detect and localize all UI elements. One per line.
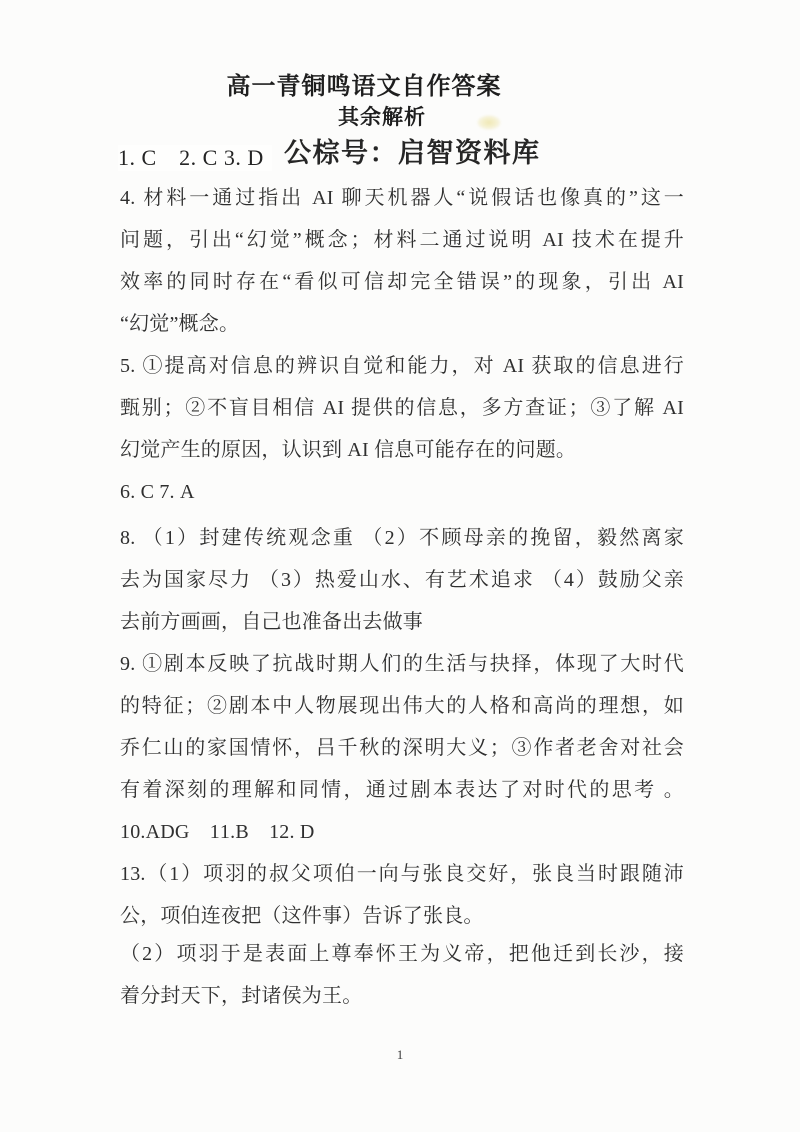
answer-line: 10.ADG 11.B 12. D — [120, 811, 684, 853]
answer-paragraph-q5: 5. ①提高对信息的辨识自觉和能力，对 AI 获取的信息进行甄别；②不盲目相信 … — [120, 345, 684, 471]
answer-line: 甄别；②不盲目相信 AI 提供的信息，多方查证；③了解 AI — [120, 387, 684, 429]
answer-paragraph-q9: 9. ①剧本反映了抗战时期人们的生活与抉择，体现了大时代的特征；②剧本中人物展现… — [120, 643, 684, 811]
answer-line: 6. C 7. A — [120, 471, 684, 513]
answer-line: 9. ①剧本反映了抗战时期人们的生活与抉择，体现了大时代 — [120, 643, 684, 685]
answer-paragraph-q4: 4. 材料一通过指出 AI 聊天机器人“说假话也像真的”这一问题，引出“幻觉”概… — [120, 177, 684, 345]
answer-line: 的特征；②剧本中人物展现出伟大的人格和高尚的理想，如 — [120, 685, 684, 727]
answers-body: 4. 材料一通过指出 AI 聊天机器人“说假话也像真的”这一问题，引出“幻觉”概… — [120, 177, 684, 1017]
page-number: 1 — [0, 1046, 800, 1064]
answer-paragraph-q6: 6. C 7. A — [120, 471, 684, 513]
watermark-text: 公棕号：启智资料库 — [284, 137, 541, 169]
answer-line: “幻觉”概念。 — [120, 303, 684, 345]
answer-line: （2）项羽于是表面上尊奉怀王为义帝，把他迁到长沙，接 — [120, 933, 684, 975]
answer-line: 5. ①提高对信息的辨识自觉和能力，对 AI 获取的信息进行 — [120, 345, 684, 387]
answer-paragraph-q10: 10.ADG 11.B 12. D — [120, 811, 684, 853]
answer-paragraph-q13: 13.（1）项羽的叔父项伯一向与张良交好，张良当时跟随沛公，项伯连夜把（这件事）… — [120, 853, 684, 937]
answer-line: 幻觉产生的原因，认识到 AI 信息可能存在的问题。 — [120, 429, 684, 471]
answer-line: 13.（1）项羽的叔父项伯一向与张良交好，张良当时跟随沛 — [120, 853, 684, 895]
answer-line: 乔仁山的家国情怀，吕千秋的深明大义；③作者老舍对社会 — [120, 727, 684, 769]
answer-line: 4. 材料一通过指出 AI 聊天机器人“说假话也像真的”这一 — [120, 177, 684, 219]
answer-paragraph-q8: 8. （1）封建传统观念重 （2）不顾母亲的挽留，毅然离家去为国家尽力 （3）热… — [120, 517, 684, 643]
answer-line: 公，项伯连夜把（这件事）告诉了张良。 — [120, 895, 684, 937]
answer-paragraph-q13b: （2）项羽于是表面上尊奉怀王为义帝，把他迁到长沙，接着分封天下，封诸侯为王。 — [120, 933, 684, 1017]
document-subtitle: 其余解析 — [0, 104, 764, 132]
answer-line: 效率的同时存在“看似可信却完全错误”的现象，引出 AI — [120, 261, 684, 303]
answer-line: 8. （1）封建传统观念重 （2）不顾母亲的挽留，毅然离家 — [120, 517, 684, 559]
answer-line: 去为国家尽力 （3）热爱山水、有艺术追求 （4）鼓励父亲 — [120, 559, 684, 601]
document-title: 高一青铜鸣语文自作答案 — [0, 71, 728, 103]
choice-answers-1-3: 1. C 2. C 3. D — [118, 145, 272, 171]
answer-line: 着分封天下，封诸侯为王。 — [120, 975, 684, 1017]
answer-line: 去前方画画，自己也准备出去做事 — [120, 601, 684, 643]
document-page: 高一青铜鸣语文自作答案 其余解析 1. C 2. C 3. D 公棕号：启智资料… — [0, 0, 800, 1132]
answer-line: 有着深刻的理解和同情，通过剧本表达了对时代的思考 。 — [120, 769, 684, 811]
answer-line: 问题，引出“幻觉”概念；材料二通过说明 AI 技术在提升 — [120, 219, 684, 261]
